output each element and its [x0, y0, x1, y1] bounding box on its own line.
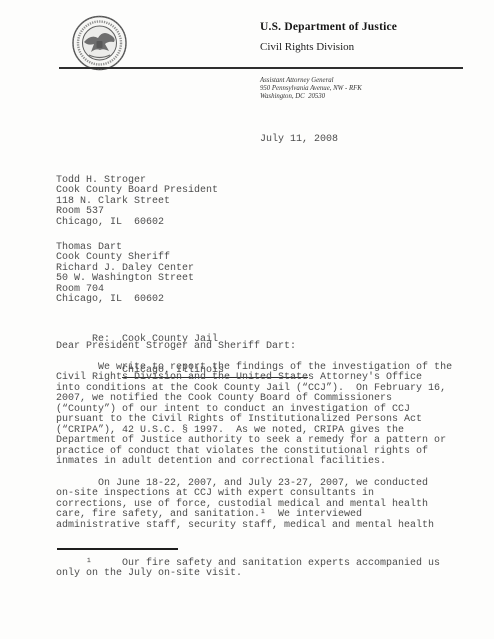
- division-title: Civil Rights Division: [260, 41, 354, 53]
- salutation: Dear President Stroger and Sheriff Dart:: [56, 342, 296, 352]
- letterhead-rule: [59, 67, 463, 69]
- recipient-address: Thomas Dart Cook County Sheriff Richard …: [56, 243, 194, 306]
- letter-page: U.S. Department of Justice Civil Rights …: [0, 0, 494, 639]
- office-address: Assistant Attorney General 950 Pennsylva…: [260, 77, 362, 102]
- letter-date: July 11, 2008: [260, 135, 338, 145]
- recipient-address: Todd H. Stroger Cook County Board Presid…: [56, 176, 218, 228]
- footnote-text: ¹ Our fire safety and sanitation experts…: [56, 559, 440, 580]
- doj-eagle-seal-icon: [71, 15, 128, 71]
- body-paragraph: We write to report the findings of the i…: [56, 363, 452, 468]
- body-paragraph: On June 18-22, 2007, and July 23-27, 200…: [56, 479, 434, 531]
- agency-title: U.S. Department of Justice: [260, 21, 397, 33]
- footnote-separator: [57, 548, 178, 550]
